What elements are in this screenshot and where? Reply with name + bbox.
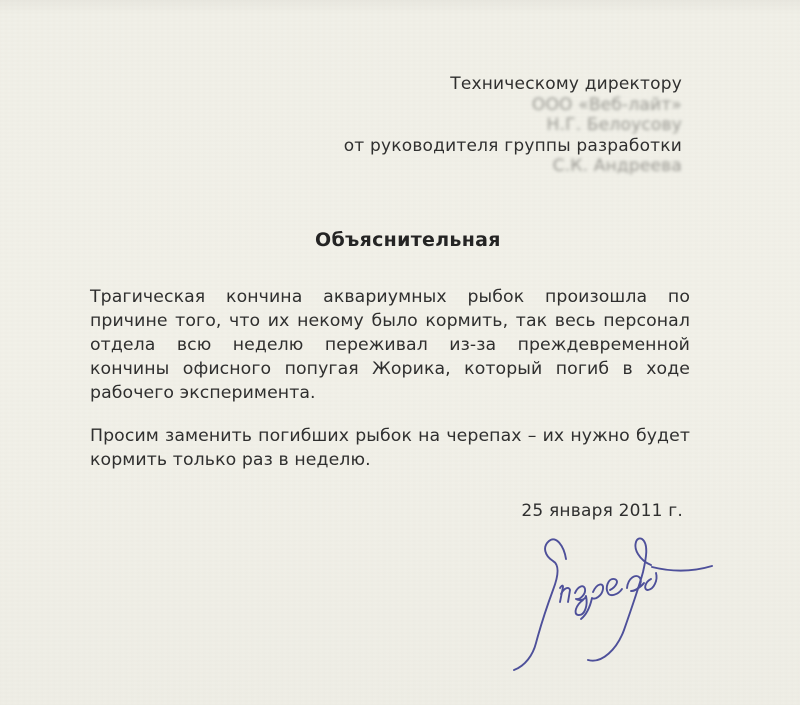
handwritten-signature [492,527,722,682]
document-date: 25 января 2011 г. [521,501,683,521]
letter-header: Техническому директору ООО «Веб-лайт» Н.… [344,74,682,177]
document-title: Объяснительная [315,229,501,251]
signature-ink-icon [492,527,722,682]
letter-body: Трагическая кончина аквариумных рыбок пр… [90,285,690,472]
scanned-letter-page: Техническому директору ООО «Веб-лайт» Н.… [0,0,800,705]
sender-line: от руководителя группы разработки [344,136,682,157]
sender-name-censored: С.К. Андреева [344,156,682,177]
body-paragraph-1: Трагическая кончина аквариумных рыбок пр… [90,285,690,405]
body-paragraph-2: Просим заменить погибших рыбок на черепа… [90,424,690,472]
recipient-name-censored: Н.Г. Белоусову [344,115,682,136]
recipient-title: Техническому директору [344,74,682,95]
recipient-company-censored: ООО «Веб-лайт» [344,95,682,116]
